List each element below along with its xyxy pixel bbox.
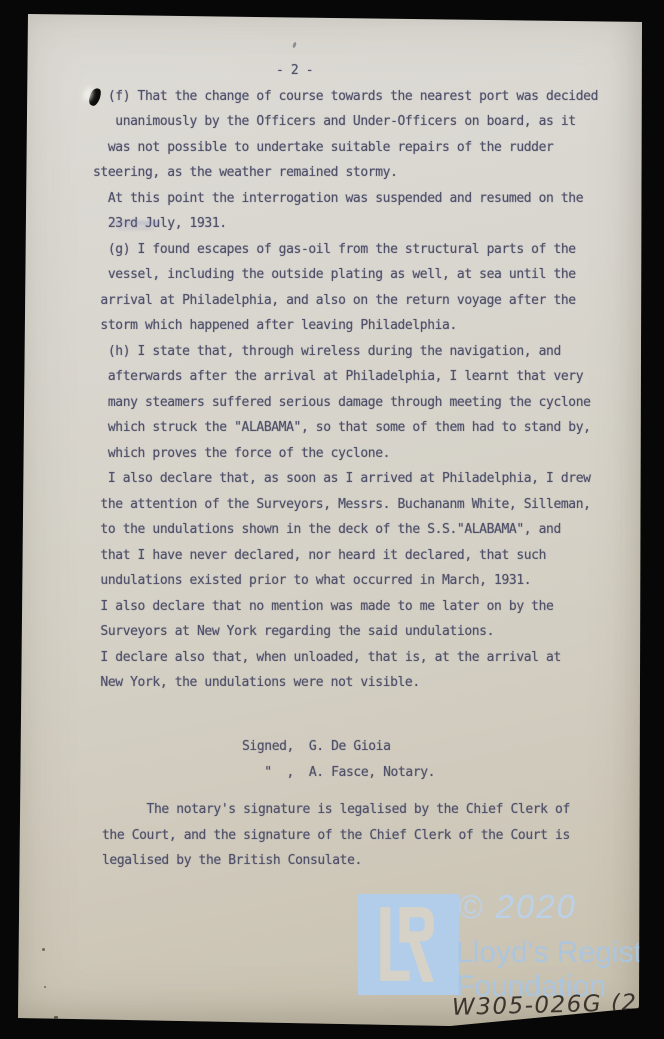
page-number: - 2 -	[276, 58, 313, 84]
typed-line: the Court, and the signature of the Chie…	[102, 823, 570, 849]
document-page: - 2 - (f) That the change of course towa…	[18, 12, 648, 1026]
paper-speck	[42, 948, 45, 951]
typed-line: I also declare that, as soon as I arrive…	[93, 466, 598, 492]
typed-line: which struck the "ALABAMA", so that some…	[93, 415, 598, 441]
typed-line: afterwards after the arrival at Philadel…	[93, 364, 598, 390]
legalisation-paragraph: The notary's signature is legalised by t…	[102, 797, 570, 874]
lr-logo-icon	[358, 894, 459, 995]
typed-line: The notary's signature is legalised by t…	[102, 797, 570, 823]
typed-line: I also declare that no mention was made …	[93, 594, 598, 620]
typed-line: which proves the force of the cyclone.	[93, 441, 598, 467]
paper-speck	[54, 1016, 58, 1019]
typed-body: (f) That the change of course towards th…	[93, 84, 598, 696]
typed-line: At this point the interrogation was susp…	[93, 186, 598, 212]
typed-line: New York, the undulations were not visib…	[93, 670, 598, 696]
ink-smudge	[118, 227, 154, 230]
watermark-copyright: © 2020	[458, 888, 577, 926]
typed-line: that I have never declared, nor heard it…	[93, 543, 598, 569]
paper-speck	[44, 986, 46, 988]
typed-line: storm which happened after leaving Phila…	[93, 313, 598, 339]
typed-line: the attention of the Surveyors, Messrs. …	[93, 492, 598, 518]
typed-line: (g) I found escapes of gas-oil from the …	[93, 237, 598, 263]
typed-line: legalised by the British Consulate.	[102, 848, 570, 874]
typed-line: was not possible to undertake suitable r…	[93, 135, 598, 161]
typed-line: undulations existed prior to what occurr…	[93, 568, 598, 594]
typed-line: Surveyors at New York regarding the said…	[93, 619, 598, 645]
paper-speck	[292, 42, 297, 49]
typed-line: (h) I state that, through wireless durin…	[93, 339, 598, 365]
typed-line: vessel, including the outside plating as…	[93, 262, 598, 288]
signature-block: Signed, G. De Gioia " , A. Fasce, Notary…	[242, 734, 435, 785]
typed-line: " , A. Fasce, Notary.	[242, 760, 435, 786]
typed-line: Signed, G. De Gioia	[242, 734, 435, 760]
typed-line: 23rd July, 1931.	[93, 211, 598, 237]
lloyds-register-logo	[358, 894, 459, 995]
typed-line: many steamers suffered serious damage th…	[93, 390, 598, 416]
typed-line: steering, as the weather remained stormy…	[93, 160, 598, 186]
watermark-org-line1: Lloyd's Register	[456, 936, 664, 970]
handwritten-reference: W305-026G (2/2)	[452, 989, 664, 1021]
typed-line: (f) That the change of course towards th…	[93, 84, 598, 110]
typed-line: I declare also that, when unloaded, that…	[93, 645, 598, 671]
scan-background: - 2 - (f) That the change of course towa…	[0, 0, 664, 1039]
typed-line: unanimously by the Officers and Under-Of…	[93, 109, 598, 135]
typed-line: to the undulations shown in the deck of …	[93, 517, 598, 543]
ink-smudge	[112, 221, 160, 225]
typed-line: arrival at Philadelphia, and also on the…	[93, 288, 598, 314]
